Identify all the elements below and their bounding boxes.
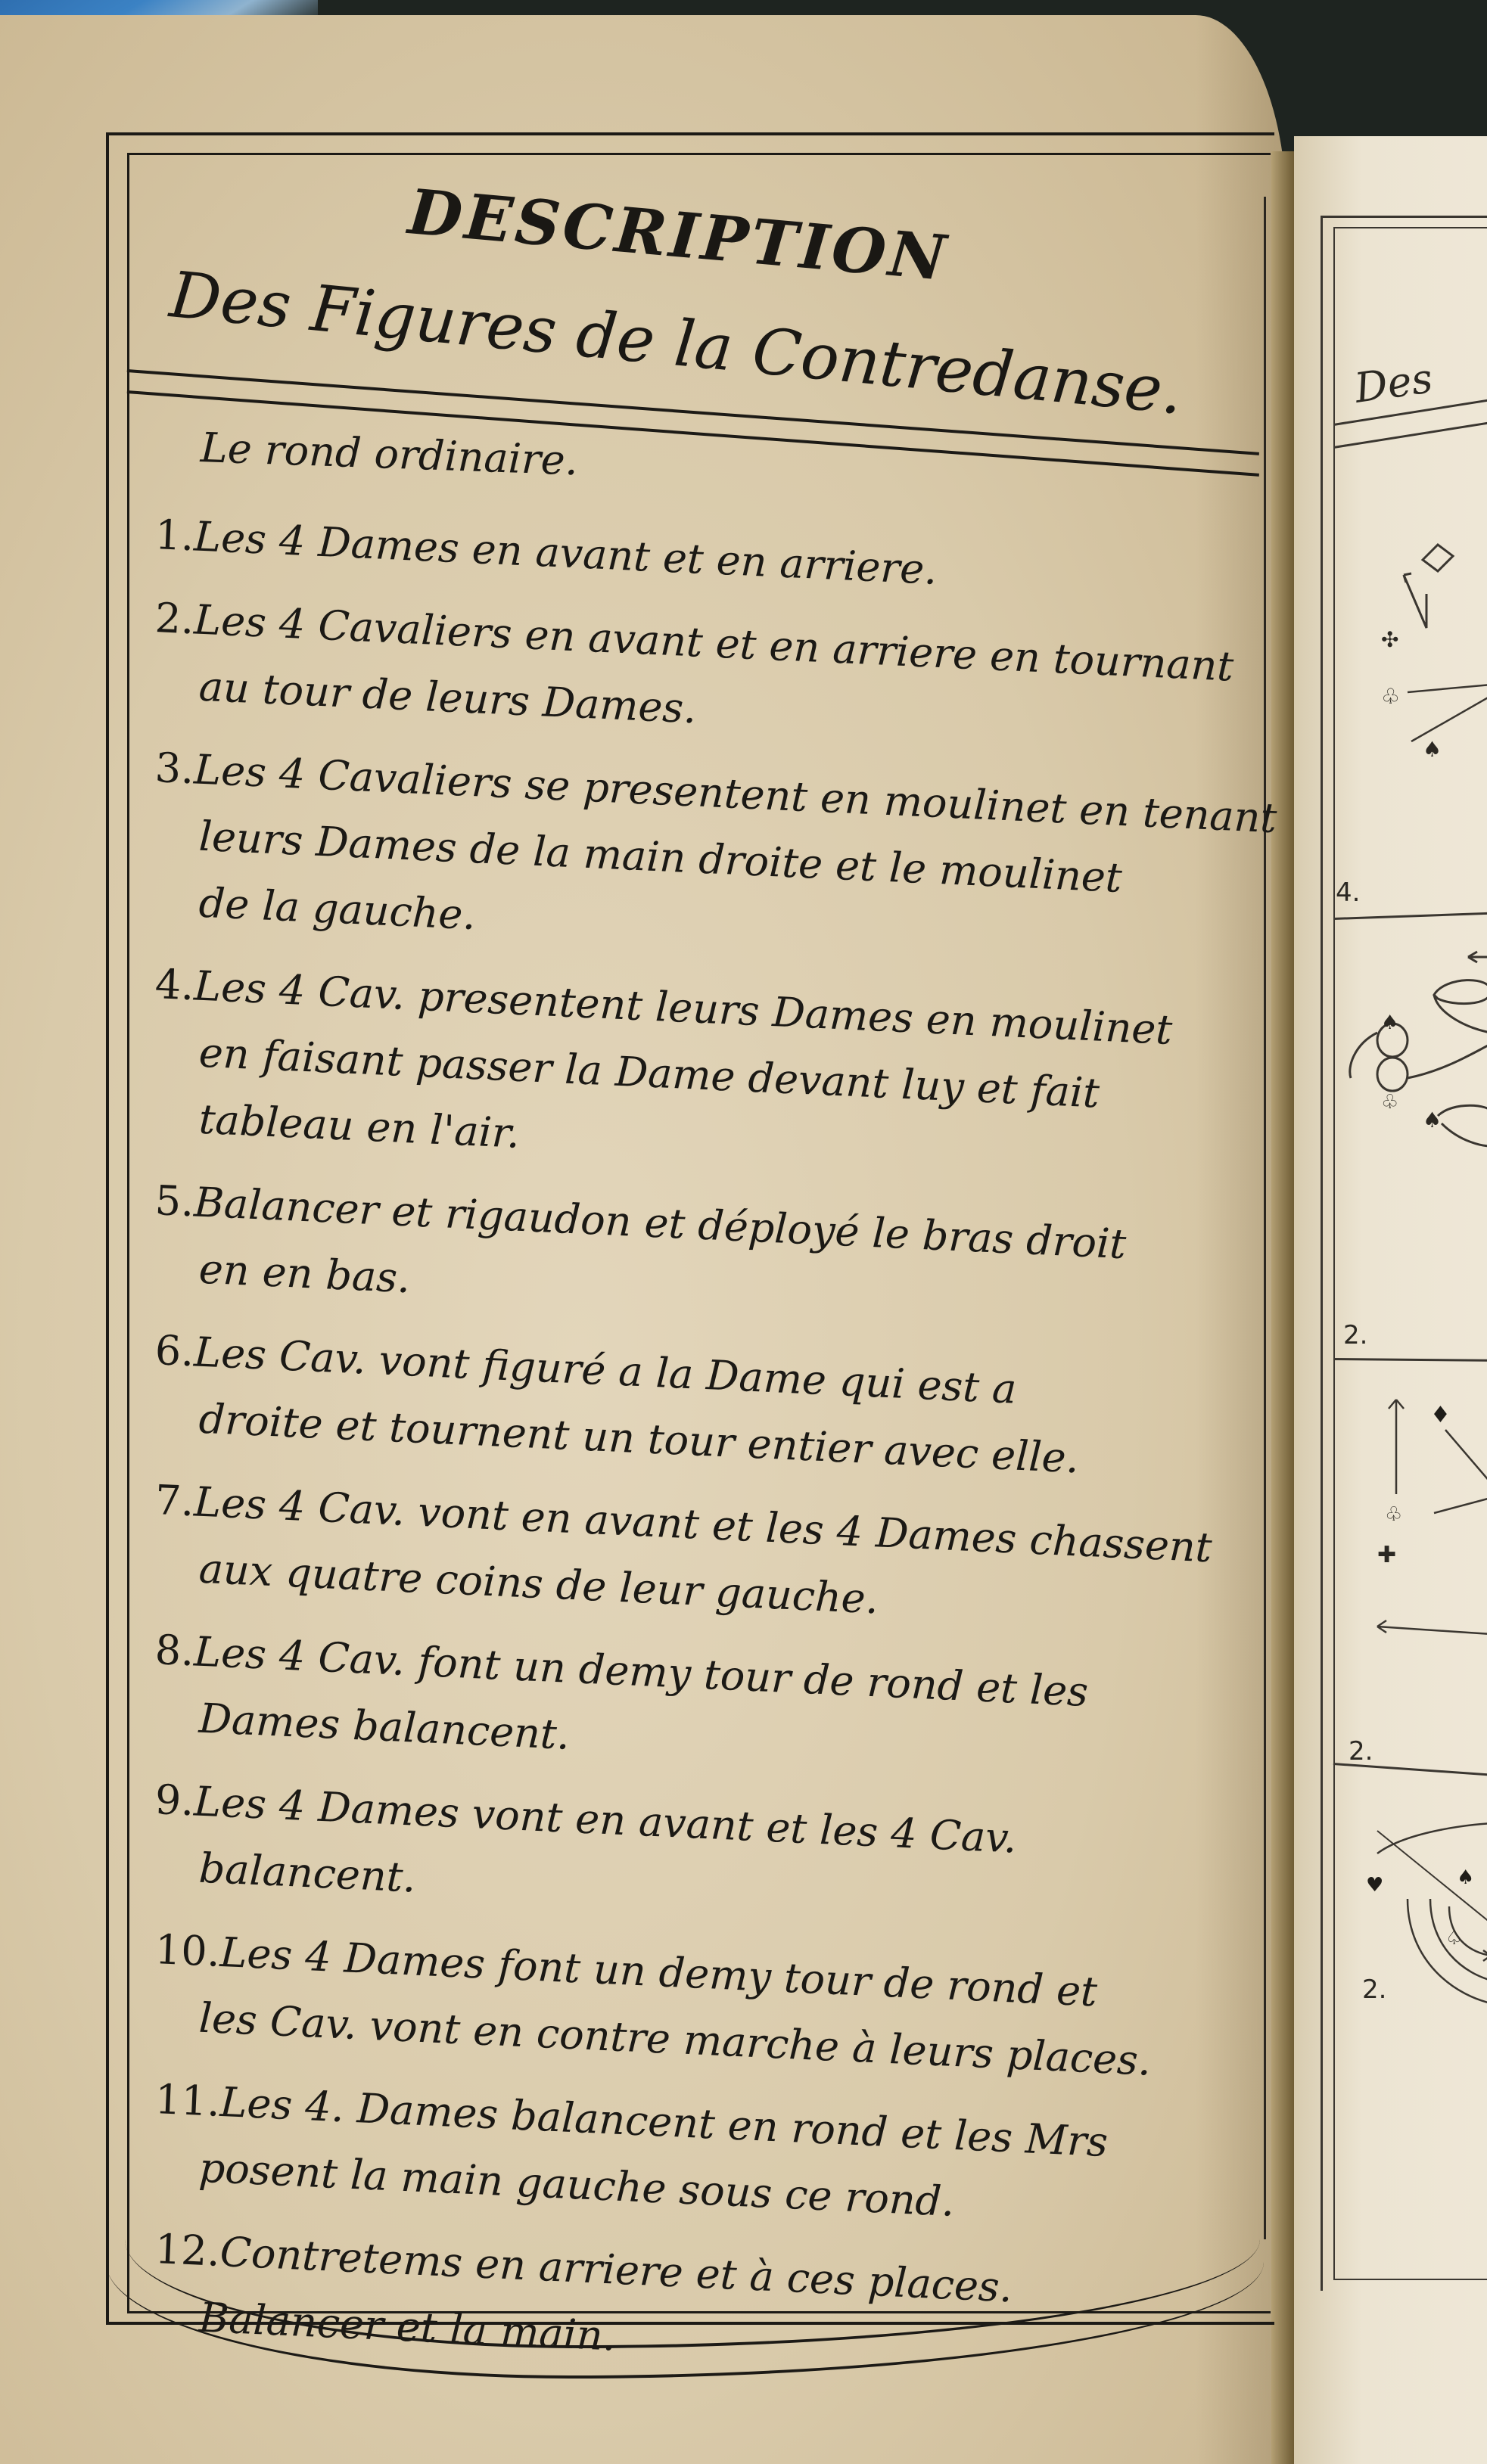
dance-figure-diagram: ✣ ♧ ♠ (1339, 530, 1487, 847)
spade-symbol-icon: ♠ (1423, 737, 1442, 762)
list-item: 1.Les 4 Dames en avant et en arriere. (155, 502, 1260, 568)
list-item: 10.Les 4 Dames font un demy tour de rond… (155, 1916, 1260, 2049)
list-item: 12.Contretems en arriere et à ces places… (155, 2216, 1260, 2349)
panel-label: 4. (1336, 878, 1360, 908)
entry-number: 7. (154, 1476, 195, 1525)
dance-figure-diagram: ♧ ♦ ✚ (1339, 1384, 1487, 1748)
spade-symbol-icon: ♠ (1423, 1108, 1442, 1133)
entry-number: 11. (154, 2075, 222, 2126)
list-item: 8.Les 4 Cav. font un demy tour de rond e… (155, 1617, 1260, 1750)
list-item: 7.Les 4 Cav. vont en avant et les 4 Dame… (155, 1467, 1260, 1600)
dance-figure-diagram: ♥ ♠ ♤ (1362, 1801, 1487, 2058)
entry-number: 6. (154, 1326, 195, 1375)
heart-symbol-icon: ♥ (1366, 1874, 1383, 1897)
list-item: 11.Les 4. Dames balancent en rond et les… (155, 2066, 1260, 2199)
spade-outline-icon: ♤ (1445, 1927, 1463, 1950)
entry-number: 1. (154, 511, 195, 560)
list-item: 4.Les 4 Cav. presentent leurs Dames en m… (155, 951, 1260, 1151)
entry-number: 12. (154, 2225, 222, 2276)
club-symbol-icon: ✚ (1377, 1542, 1396, 1568)
entry-number: 2. (154, 594, 195, 643)
club-outline-icon: ♧ (1381, 1091, 1398, 1114)
entry-number: 4. (154, 960, 195, 1009)
list-item: 5.Balancer et rigaudon et déployé le bra… (155, 1167, 1260, 1300)
entry-number: 8. (154, 1626, 195, 1675)
page-title: DESCRIPTION (406, 176, 952, 295)
entry-number: 5. (154, 1176, 195, 1226)
club-symbol-icon: ✣ (1381, 627, 1398, 652)
figure-description-list: Le rond ordinaire. 1.Les 4 Dames en avan… (155, 424, 1260, 2366)
spade-symbol-icon: ♠ (1381, 1011, 1398, 1034)
club-outline-icon: ♧ (1381, 684, 1400, 709)
entry-text: Les 4 Dames en avant et en arriere. (193, 512, 938, 594)
entry-number: 9. (154, 1776, 195, 1825)
dance-figure-diagram: ♠ ♧ ♠ (1339, 938, 1487, 1331)
entry-number: 10. (154, 1925, 222, 1976)
list-item: 9.Les 4 Dames vont en avant et les 4 Cav… (155, 1766, 1260, 1900)
club-outline-icon: ♧ (1385, 1503, 1402, 1526)
diamond-symbol-icon: ♦ (1430, 1402, 1451, 1428)
list-item: 3.Les 4 Cavaliers se presentent en mouli… (155, 735, 1260, 934)
spade-symbol-icon: ♠ (1457, 1866, 1474, 1889)
intro-line: Le rond ordinaire. (200, 424, 1305, 510)
title-block: DESCRIPTION Des Figures de la Contredans… (151, 166, 1249, 363)
entry-number: 3. (154, 744, 195, 793)
list-item: 6.Les Cav. vont figuré a la Dame qui est… (155, 1317, 1260, 1450)
list-item: 2.Les 4 Cavaliers en avant et en arriere… (155, 585, 1260, 718)
